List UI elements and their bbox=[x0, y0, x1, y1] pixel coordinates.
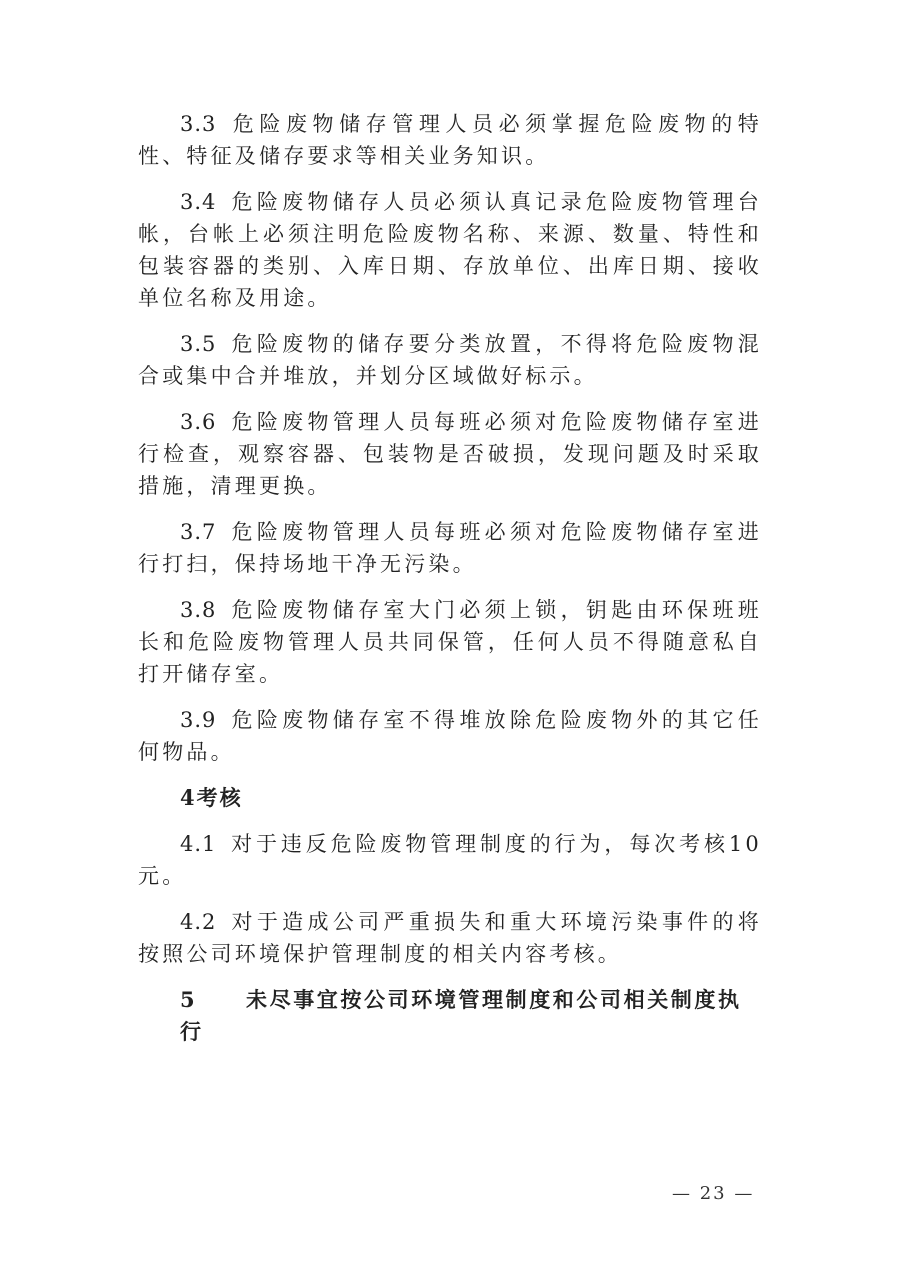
section-3-9: 3.9危险废物储存室不得堆放除危险废物外的其它任何物品。 bbox=[138, 704, 762, 768]
heading-4-assessment: 4考核 bbox=[138, 782, 762, 814]
heading-5: 5未尽事宜按公司环境管理制度和公司相关制度执行 bbox=[138, 984, 762, 1048]
page-number: — 23 — bbox=[672, 1183, 754, 1204]
document-page: 3.3危险废物储存管理人员必须掌握危险废物的特性、特征及储存要求等相关业务知识。… bbox=[138, 108, 762, 1048]
section-3-8: 3.8危险废物储存室大门必须上锁，钥匙由环保班班长和危险废物管理人员共同保管，任… bbox=[138, 594, 762, 690]
section-3-4: 3.4危险废物储存人员必须认真记录危险废物管理台帐，台帐上必须注明危险废物名称、… bbox=[138, 186, 762, 314]
section-3-5: 3.5危险废物的储存要分类放置，不得将危险废物混合或集中合并堆放，并划分区域做好… bbox=[138, 328, 762, 392]
section-3-3: 3.3危险废物储存管理人员必须掌握危险废物的特性、特征及储存要求等相关业务知识。 bbox=[138, 108, 762, 172]
section-3-7: 3.7危险废物管理人员每班必须对危险废物储存室进行打扫，保持场地干净无污染。 bbox=[138, 516, 762, 580]
section-4-2: 4.2对于造成公司严重损失和重大环境污染事件的将按照公司环境保护管理制度的相关内… bbox=[138, 906, 762, 970]
section-4-1: 4.1对于违反危险废物管理制度的行为，每次考核10元。 bbox=[138, 828, 762, 892]
section-3-6: 3.6危险废物管理人员每班必须对危险废物储存室进行检查，观察容器、包装物是否破损… bbox=[138, 406, 762, 502]
